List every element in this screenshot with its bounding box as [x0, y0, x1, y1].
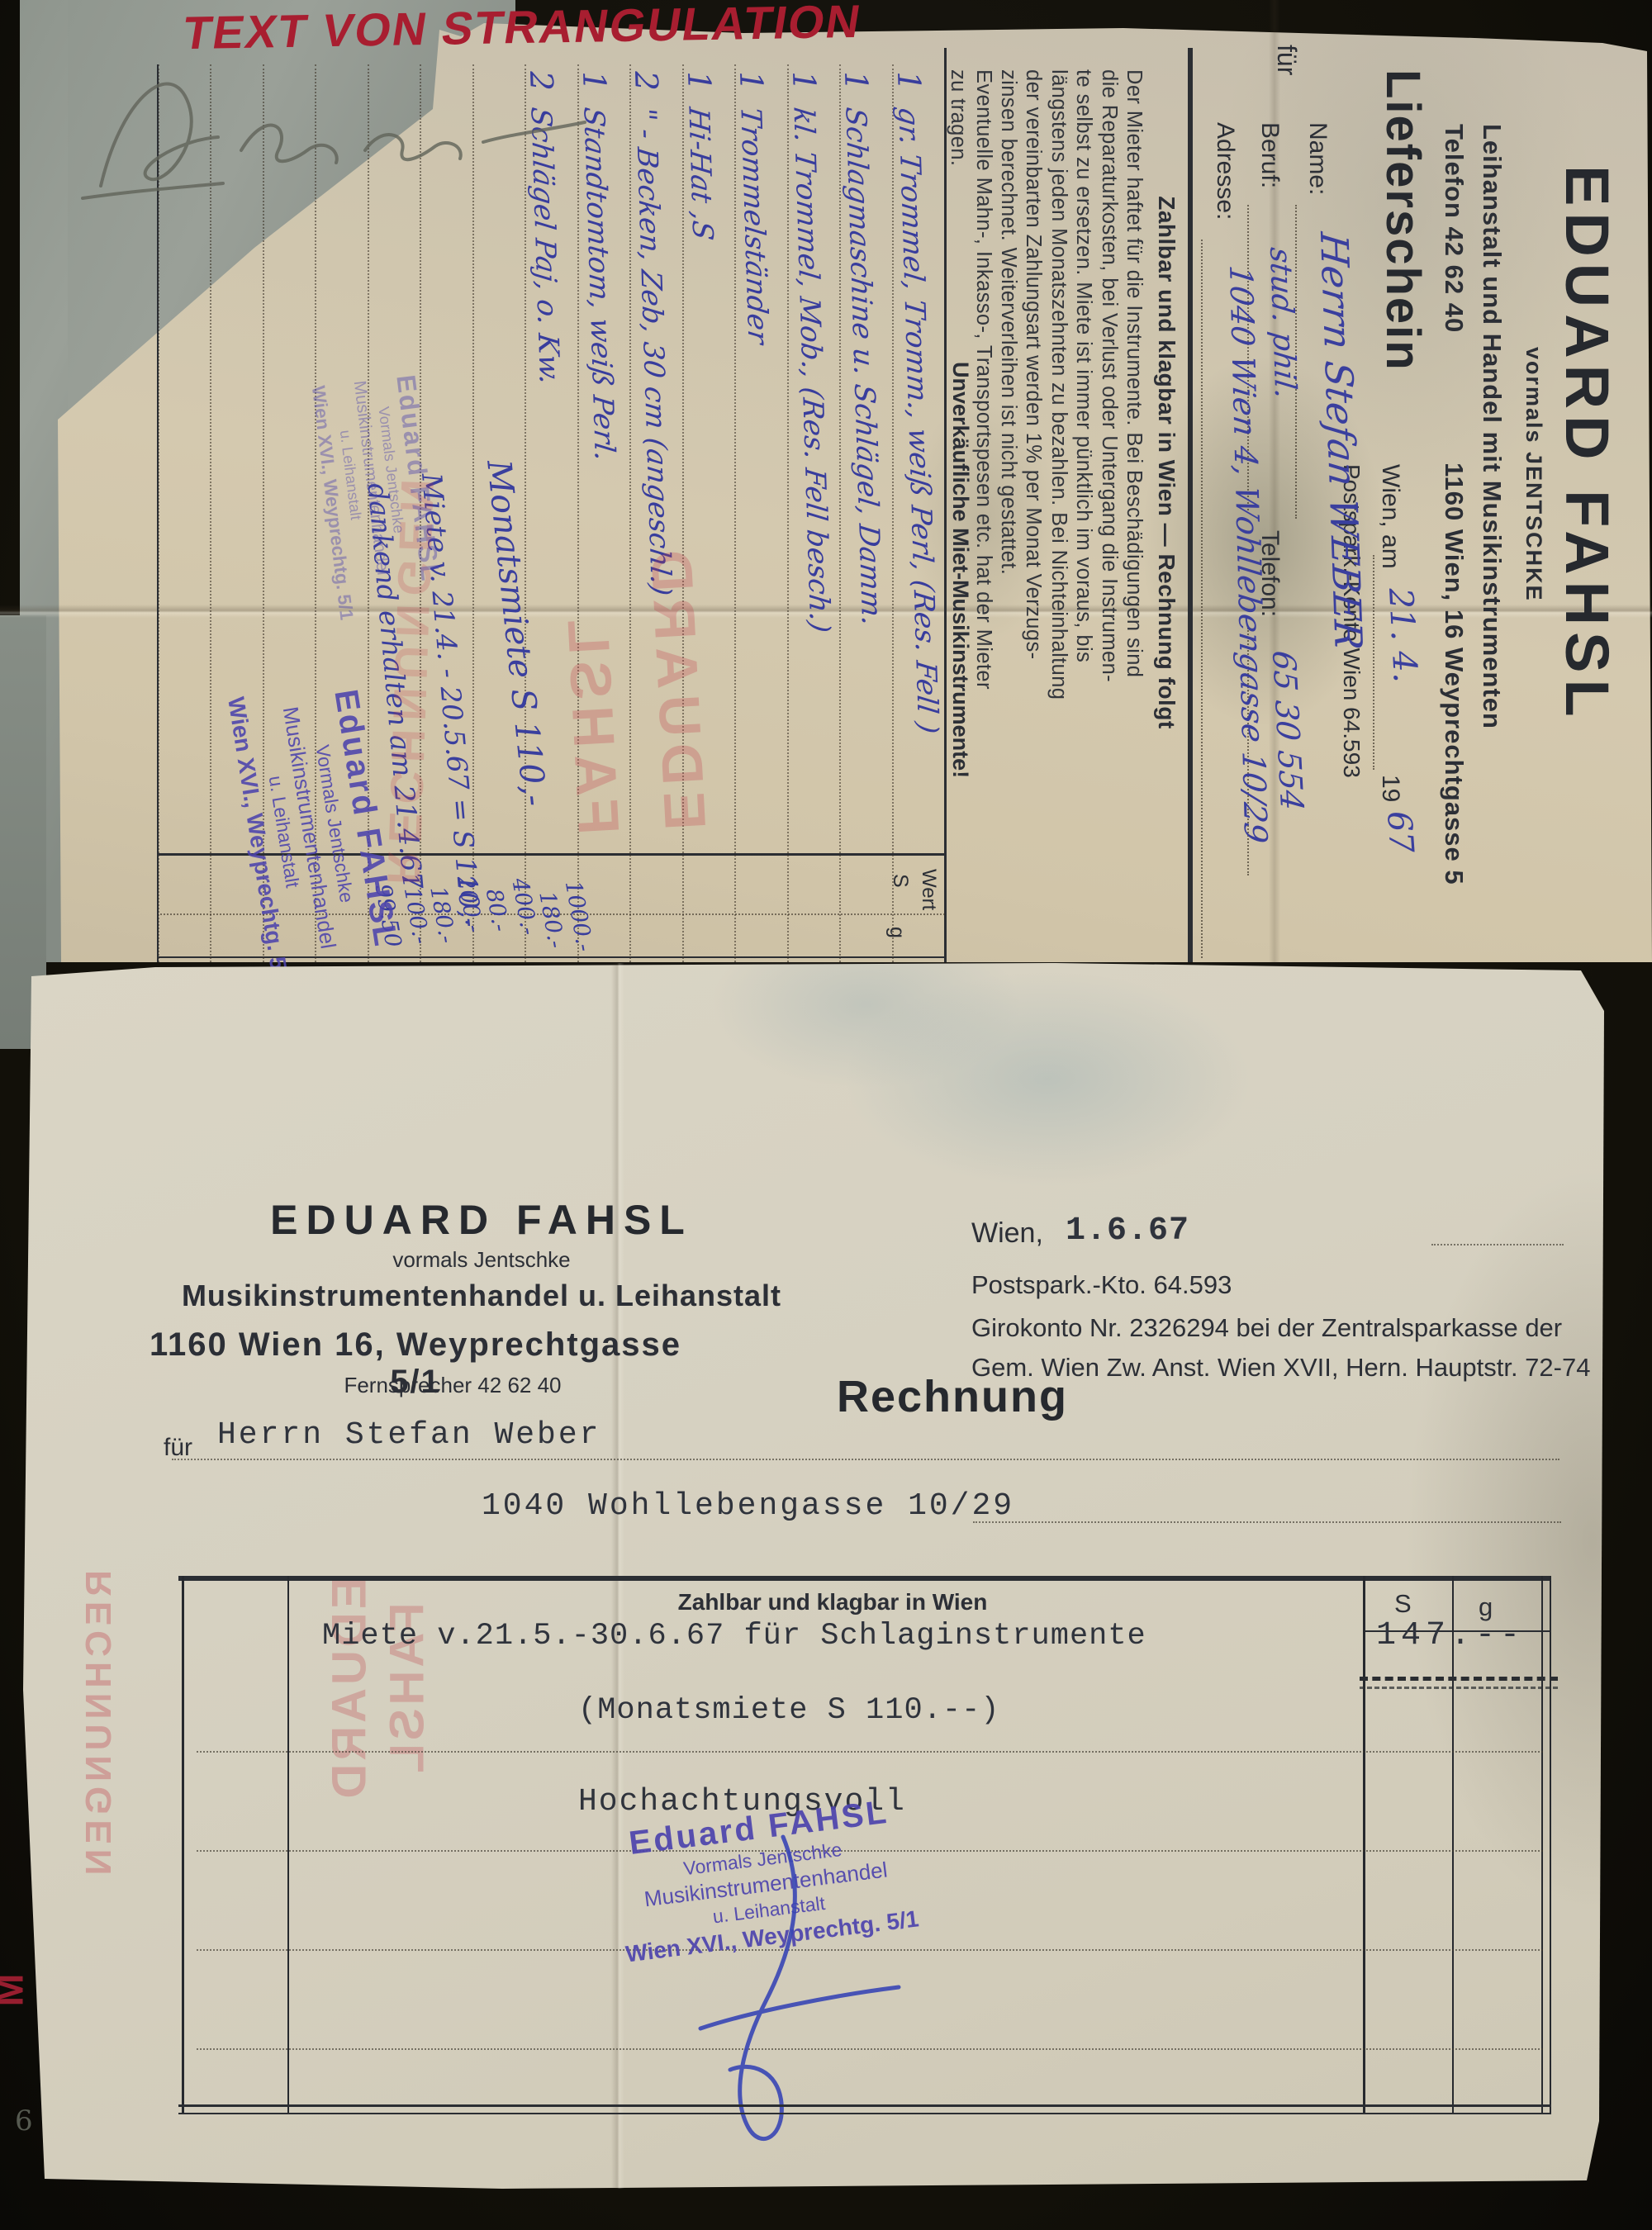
re-bottom-line-2 [178, 2113, 1551, 2114]
adresse-ruling [1201, 240, 1203, 958]
re-recipient: Herrn Stefan Weber [217, 1417, 601, 1453]
fuer-ruling [172, 1459, 1559, 1460]
amount-dashed-rule [1360, 1677, 1558, 1681]
item-quantity: 1 [681, 70, 718, 107]
ruling-line [197, 1949, 1543, 1951]
ls-name-label: Name: [1303, 122, 1332, 195]
amount-dashed-rule-2 [1360, 1687, 1558, 1689]
re-fuer-label: für [164, 1434, 192, 1462]
re-company-sub: vormals Jentschke [234, 1247, 729, 1273]
scanned-documents-page: EDUARD FAHSL vormals JENTSCHKE Leihansta… [0, 0, 1652, 2230]
ls-band: Zahlbar und klagbar in Wien — Rechnung f… [1153, 74, 1180, 851]
date-ruling [1431, 1244, 1564, 1245]
ls-company-name: EDUARD FAHSL [1552, 165, 1622, 724]
condition-line: die Reparaturkosten, bei Verlust oder Un… [1096, 69, 1121, 700]
item-quantity: 2 [629, 70, 666, 107]
item-quantity: 2 [524, 70, 561, 107]
re-title: Rechnung [837, 1371, 1068, 1422]
item-text: Schlägel Paj, o. Kw. [525, 106, 567, 387]
re-col-line-1 [182, 1576, 184, 2113]
item-text: Hi-Hat ,S [681, 106, 719, 242]
re-city-label: Wien, [971, 1217, 1043, 1250]
re-date: 1.6.67 [1066, 1212, 1189, 1250]
item-quantity: 1 [733, 70, 771, 107]
ls-date-label: Wien, am [1376, 464, 1404, 569]
re-company-line: Musikinstrumentenhandel u. Leihanstalt [159, 1279, 804, 1313]
ls-company-addr: 1160 Wien, 16 Weyprechtgasse 5 [1439, 463, 1469, 885]
condition-line: Der Mieter haftet für die Instrumente. B… [1122, 69, 1146, 700]
ruling-line [892, 64, 894, 962]
red-ghost-name: EDUARD FAHSL [535, 448, 729, 837]
company-stamp-faint: Eduard FAHSLVormals JentschkeMusikinstru… [307, 373, 442, 571]
ls-year-handwritten: 67 [1379, 809, 1420, 854]
ruling-line [787, 64, 789, 962]
re-col-line-5 [1541, 1576, 1543, 2113]
re-bottom-line-1 [178, 2104, 1551, 2107]
ls-wert-label: Wert [917, 869, 940, 910]
conditions-bottom-border [944, 48, 947, 962]
ls-beruf-value: stud. phil. [1263, 246, 1303, 401]
lieferschein-document: EDUARD FAHSL vormals JENTSCHKE Leihansta… [0, 0, 1652, 962]
ls-date-handwritten: 21. 4. [1381, 587, 1424, 684]
re-company-name: EDUARD FAHSL [234, 1196, 729, 1244]
condition-line: te selbst zu ersetzen. Miete ist immer p… [1071, 69, 1096, 700]
date-ruling [1373, 555, 1374, 770]
ls-year-print: 19 [1376, 775, 1404, 802]
ls-conditions-bold: Unverkäufliche Miet-Musikinstrumente! [947, 362, 973, 778]
re-col-line-6 [1550, 1576, 1551, 2113]
ls-company-tel: Telefon 42 62 40 [1439, 124, 1469, 333]
re-giro1: Girokonto Nr. 2326294 bei der Zentralspa… [971, 1313, 1562, 1343]
item-quantity: 1 [890, 70, 928, 107]
ruling-line [211, 64, 212, 962]
re-col-line-4 [1452, 1576, 1454, 2113]
re-invoice-line1: Miete v.21.5.-30.6.67 für Schlaginstrume… [322, 1619, 1146, 1654]
item-quantity: 1 [838, 70, 876, 107]
red-edge-mark: M [0, 1974, 32, 2007]
condition-line: der vereinbarten Zahlungsart werden 1% p… [1021, 69, 1046, 700]
ruling-line [197, 2048, 1543, 2050]
re-recipient-addr: 1040 Wohllebengasse 10/29 [482, 1488, 1014, 1524]
rental-conditions: Der Mieter haftet für die Instrumente. B… [946, 69, 1146, 700]
re-amount: 147.-- [1376, 1617, 1525, 1654]
table-top-border [1188, 48, 1193, 962]
table-bottom-border [157, 64, 159, 962]
ls-g-label: g [885, 927, 909, 938]
condition-line: Eventuelle Mahn-, Inkasso-, Transportspe… [971, 69, 995, 700]
ls-adresse-label: Adresse: [1211, 122, 1239, 220]
item-text: Trommelständer [734, 106, 775, 346]
re-konto: Postspark.-Kto. 64.593 [971, 1270, 1232, 1300]
item-quantity: 1 [576, 70, 613, 107]
re-s-label: S [1394, 1589, 1412, 1619]
addr-ruling [973, 1521, 1561, 1523]
ls-company-sub: vormals JENTSCHKE [1521, 347, 1546, 602]
condition-line: zinsen berechnet. Weiterverleihen ist ni… [996, 69, 1021, 700]
re-col-line-3 [1363, 1576, 1365, 2113]
ruling-line [197, 1751, 1543, 1753]
condition-line: längstens jeden Monatszehnten zu bezahle… [1046, 69, 1070, 700]
re-band: Zahlbar und klagbar in Wien [601, 1589, 1064, 1616]
re-table-top-border [178, 1576, 1551, 1581]
rechnung-document: EDUARD FAHSL vormals Jentschke Musikinst… [23, 963, 1604, 2189]
re-invoice-line2: (Monatsmiete S 110.--) [578, 1693, 999, 1728]
corner-number: 6 [15, 2104, 33, 2137]
ls-company-line1: Leihanstalt und Handel mit Musikinstrume… [1477, 124, 1507, 729]
item-row: 1Hi-Hat ,S [681, 70, 722, 240]
ls-fuer-label: für [1271, 45, 1302, 75]
re-company-tel: Fernsprecher 42 62 40 [221, 1373, 684, 1398]
ls-beruf-label: Beruf: [1256, 122, 1284, 188]
re-col-line-2 [287, 1576, 289, 2113]
item-quantity: 1 [786, 70, 823, 107]
ls-title: Lieferschein [1375, 69, 1431, 372]
red-ghost-word-vertical: RECHNUNGEN [78, 1570, 120, 1851]
